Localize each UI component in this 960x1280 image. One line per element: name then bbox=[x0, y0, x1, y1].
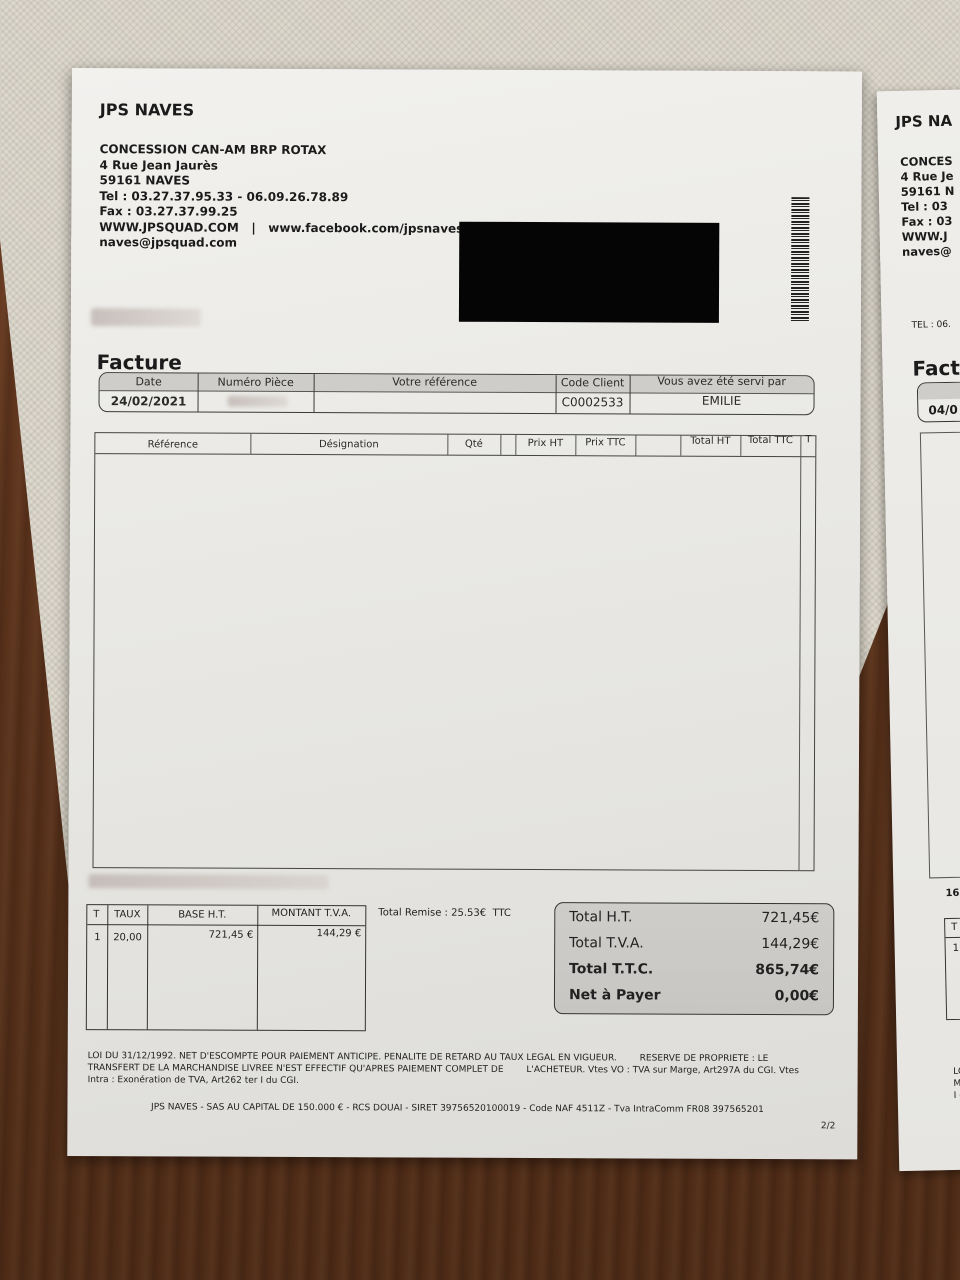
phone-line: Tel : 03.27.37.95.33 - 06.09.26.78.89 bbox=[99, 189, 463, 206]
company-name: JPS NAVES bbox=[100, 100, 194, 119]
col-t: T bbox=[801, 434, 815, 445]
address-line: CONCESSION CAN-AM BRP ROTAX bbox=[100, 142, 464, 159]
legal-text: LOI MA I d bbox=[953, 1066, 960, 1102]
total-tva-row: Total T.V.A. 144,29€ bbox=[569, 935, 819, 936]
redacted-customer-address bbox=[459, 222, 719, 323]
blurred-text bbox=[88, 874, 328, 889]
invoice-page: JPS NAVES CONCESSION CAN-AM BRP ROTAX 4 … bbox=[67, 68, 862, 1159]
tva-header-montant: MONTANT T.V.A. bbox=[257, 908, 365, 919]
tva-header-base: BASE H.T. bbox=[147, 909, 257, 920]
tva-row-taux: 20,00 bbox=[113, 932, 142, 943]
client-code: C0002533 bbox=[556, 395, 630, 409]
lines-table bbox=[920, 430, 960, 878]
blurred-text bbox=[91, 308, 201, 326]
address-line: 59161 NAVES bbox=[99, 173, 463, 190]
col-total-ht: Total HT bbox=[680, 436, 740, 447]
served-by: EMILIE bbox=[630, 393, 814, 408]
company-name: JPS NA bbox=[895, 112, 952, 131]
company-address: CONCESSION CAN-AM BRP ROTAX 4 Rue Jean J… bbox=[99, 142, 464, 252]
web-line: WWW.JPSQUAD.COM | www.facebook.com/jpsna… bbox=[99, 220, 463, 237]
tva-row-base: 721,45 € bbox=[147, 929, 253, 940]
total-ttc-value: 865,74€ bbox=[755, 962, 819, 978]
company-footer: JPS NAVES - SAS AU CAPITAL DE 150.000 € … bbox=[67, 1102, 847, 1115]
col-designation: Désignation bbox=[250, 439, 447, 451]
col-reference: Référence bbox=[95, 439, 250, 451]
col-prix-ht: Prix HT bbox=[515, 438, 575, 449]
net-a-payer-value: 0,00€ bbox=[775, 988, 819, 1004]
total-remise: Total Remise : 25.53€ TTC bbox=[378, 907, 511, 919]
doc-title: Fact bbox=[912, 356, 960, 381]
net-a-payer-label: Net à Payer bbox=[569, 987, 661, 1003]
address-block: CONCES 4 Rue Je 59161 N Tel : 03 Fax : 0… bbox=[900, 154, 956, 260]
invoice-lines-table: Référence Désignation Qté Prix HT Prix T… bbox=[93, 432, 817, 871]
header-code-client: Code Client bbox=[556, 376, 630, 389]
total-ttc-row: Total T.T.C. 865,74€ bbox=[569, 961, 819, 962]
net-a-payer-row: Net à Payer 0,00€ bbox=[569, 987, 819, 988]
page-number: 2/2 bbox=[821, 1121, 836, 1131]
tva-row-t: 1 bbox=[94, 932, 100, 943]
fax-line: Fax : 03.27.37.99.25 bbox=[99, 204, 463, 221]
total-ht-row: Total H.T. 721,45€ bbox=[569, 909, 819, 910]
invoice-info-box: Date Numéro Pièce Votre référence Code C… bbox=[98, 372, 814, 415]
header-date: Date bbox=[100, 375, 198, 388]
total-ht-value: 721,45€ bbox=[761, 910, 819, 926]
col-total-ttc: Total TTC bbox=[740, 435, 800, 446]
doc-title: Facture bbox=[97, 350, 182, 374]
barcode bbox=[791, 197, 810, 321]
col-prix-ttc: Prix TTC bbox=[575, 437, 635, 448]
tva-header-taux: TAUX bbox=[107, 909, 147, 920]
tva-table: T 1 bbox=[944, 916, 960, 1020]
blurred-invoice-number bbox=[228, 396, 288, 407]
total-ht-label: Total H.T. bbox=[569, 909, 632, 925]
tva-row-montant: 144,29 € bbox=[257, 928, 361, 939]
email-line: naves@jpsquad.com bbox=[99, 235, 463, 252]
tva-header-t: T bbox=[93, 909, 99, 920]
amount-fragment: 163 bbox=[945, 888, 960, 899]
invoice-date: 24/02/2021 bbox=[100, 394, 198, 408]
header-numero-piece: Numéro Pièce bbox=[198, 376, 314, 390]
totals-box: Total H.T. 721,45€ Total T.V.A. 144,29€ … bbox=[554, 902, 834, 1015]
legal-text: LOI DU 31/12/1992. NET D'ESCOMPTE POUR P… bbox=[88, 1050, 818, 1089]
header-servi-par: Vous avez été servi par bbox=[630, 374, 814, 388]
total-tva-value: 144,29€ bbox=[761, 936, 819, 952]
tva-table: T TAUX BASE H.T. MONTANT T.V.A. 1 20,00 … bbox=[86, 904, 367, 1031]
total-tva-label: Total T.V.A. bbox=[569, 935, 644, 951]
info-box: 04/0 bbox=[917, 380, 960, 422]
total-ttc-label: Total T.T.C. bbox=[569, 961, 653, 977]
address-line: 4 Rue Jean Jaurès bbox=[100, 158, 464, 175]
header-votre-reference: Votre référence bbox=[314, 375, 556, 389]
col-qte: Qté bbox=[447, 439, 500, 450]
tel-line: TEL : 06. bbox=[912, 320, 951, 331]
